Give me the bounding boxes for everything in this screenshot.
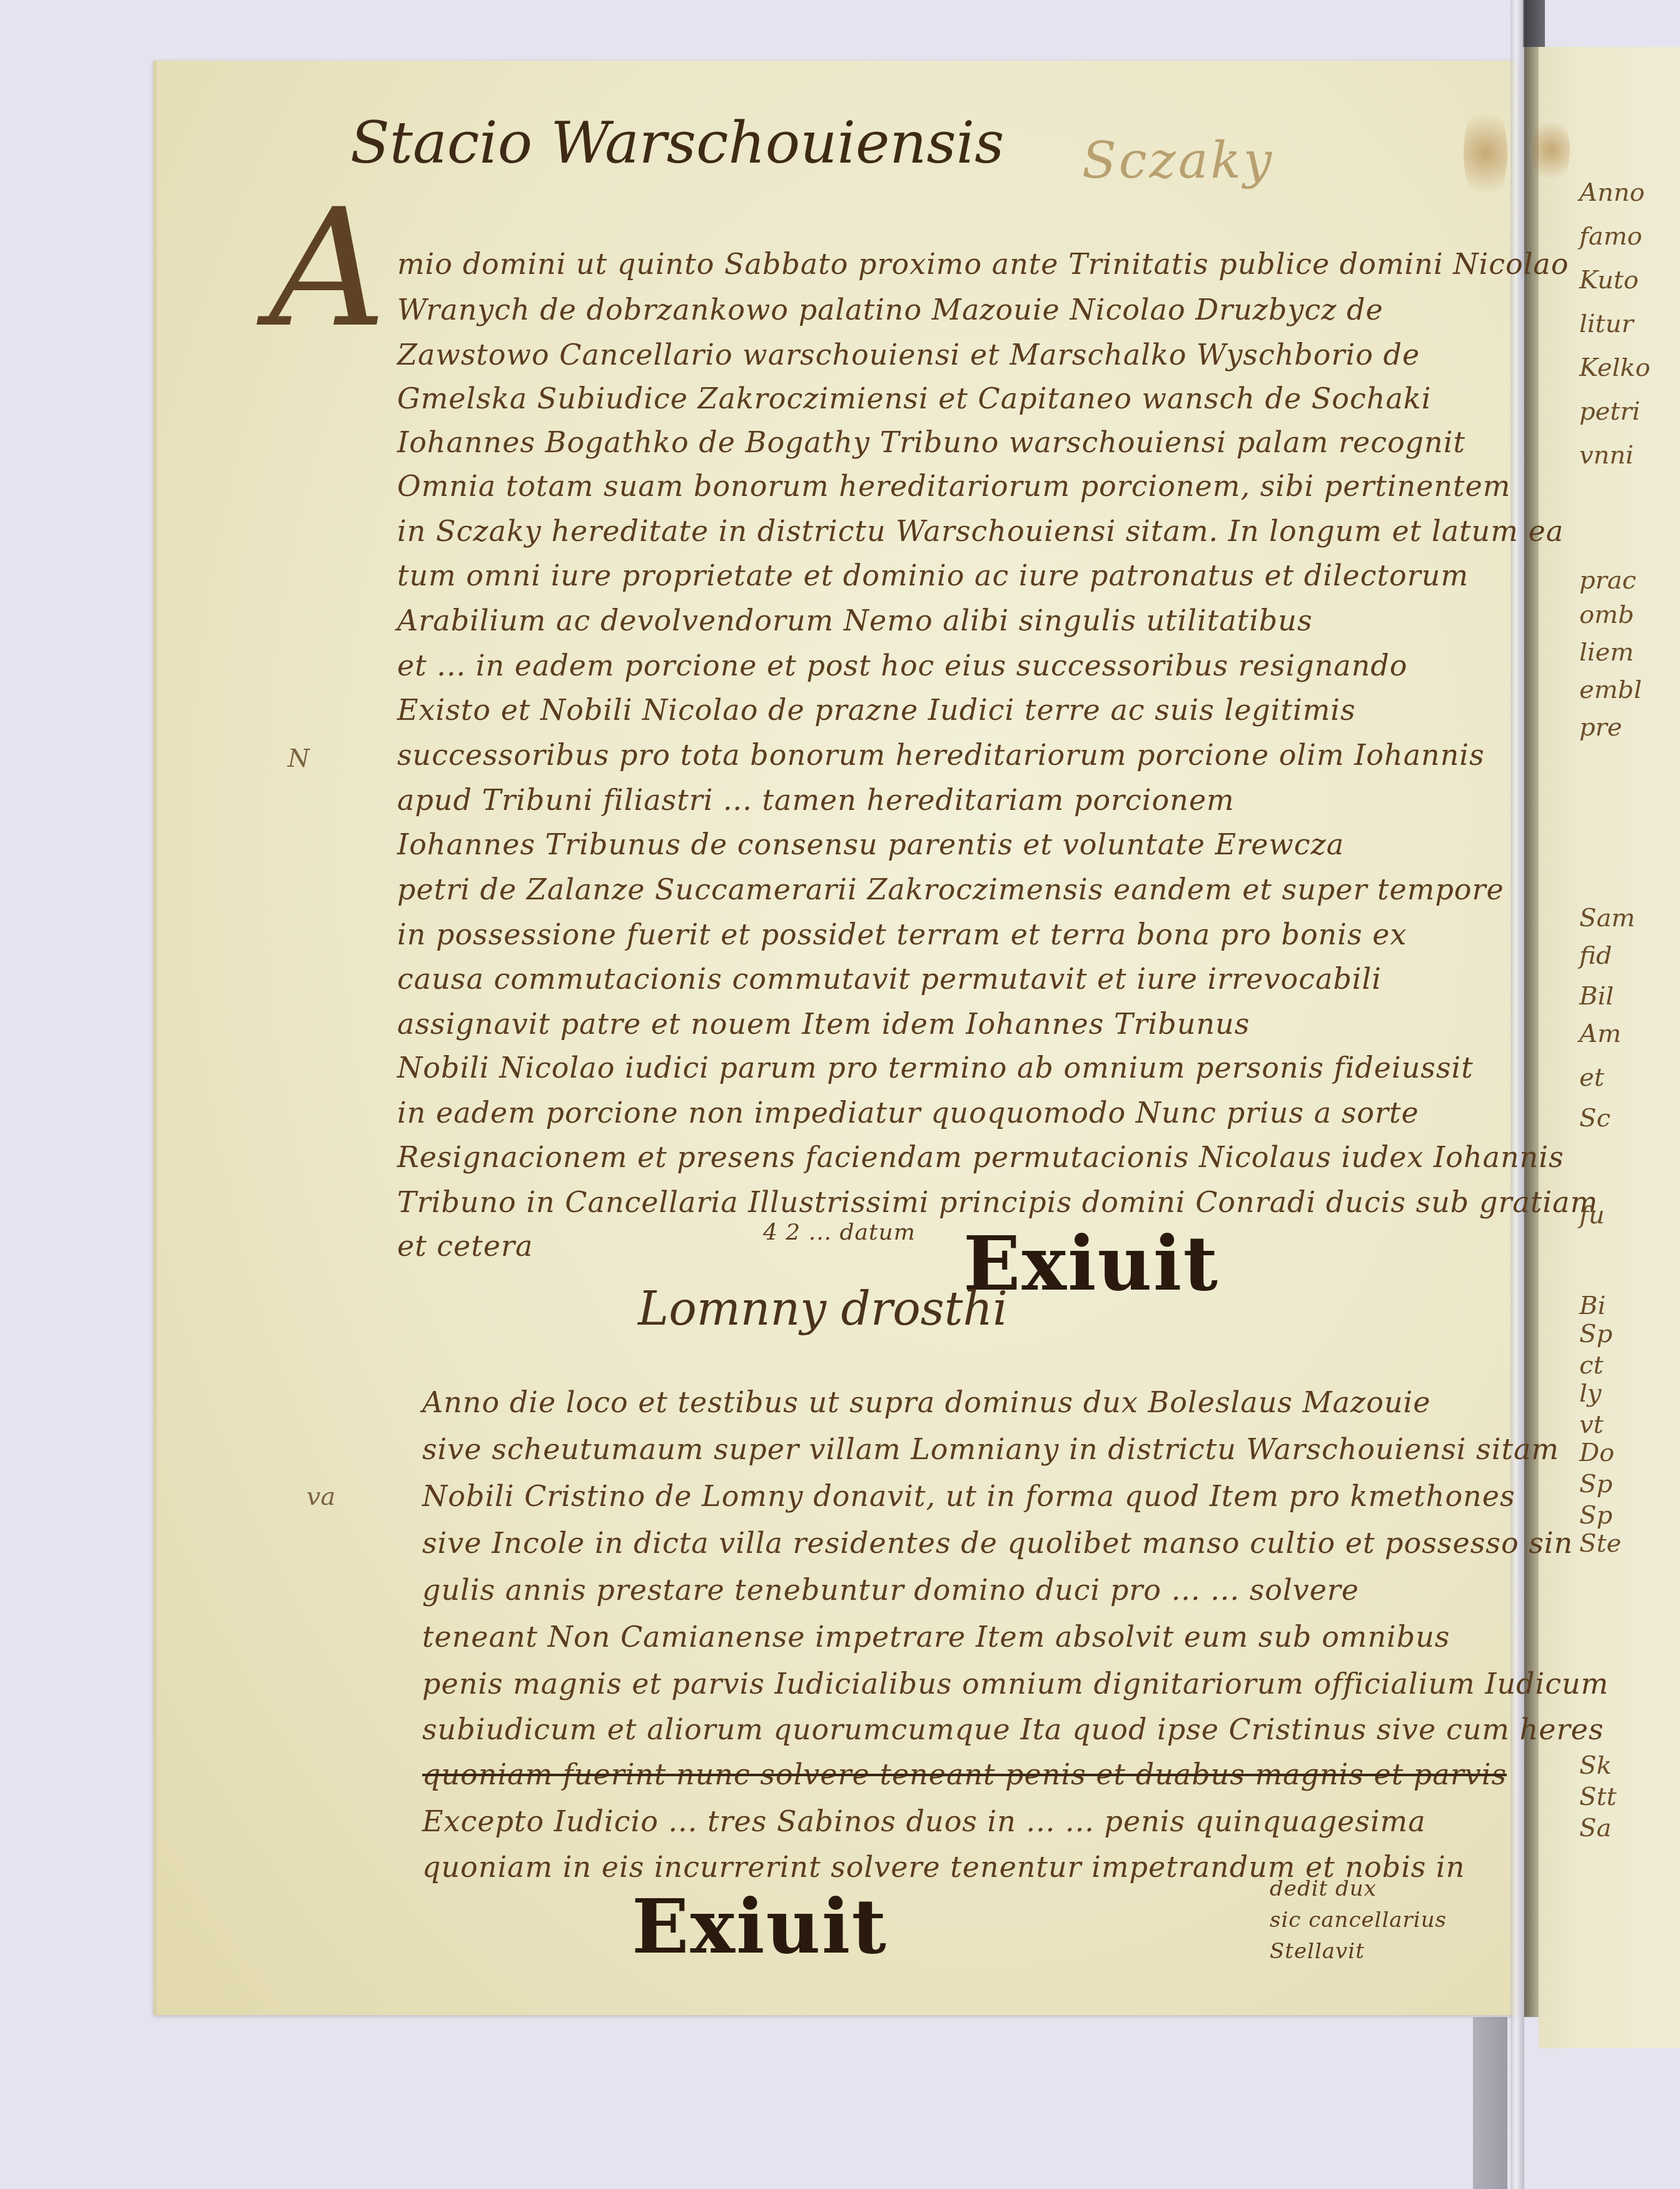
facing-line: Bi [1579,1292,1606,1320]
page-title: Stacio Warschouiensis [350,109,1004,176]
facing-line: Kelko [1579,353,1651,382]
facing-line: pre [1579,713,1622,742]
text-line: in eadem porcione non impediatur quoquom… [397,1096,1419,1130]
text-line: Omnia totam suam bonorum hereditariorum … [397,469,1510,503]
text-line: Tribuno in Cancellaria Illustrissimi pri… [397,1185,1598,1219]
facing-line: famo [1579,222,1642,251]
text-line: causa commutacionis commutavit permutavi… [397,962,1382,996]
text-line: Zawstowo Cancellario warschouiensi et Ma… [397,338,1420,372]
text-line: Wranych de dobrzankowo palatino Mazouie … [397,293,1384,326]
facing-line: prac [1579,566,1636,595]
text-line: in possessione fuerit et possidet terram… [397,918,1407,951]
text-line: sive scheutumaum super villam Lomniany i… [422,1432,1559,1466]
text-line-struck: quoniam fuerint nunc solvere teneant pen… [422,1757,1507,1791]
annotation-below: 4 2 ... datum [763,1220,916,1245]
text-line: sive Incole in dicta villa residentes de… [422,1526,1573,1560]
text-line: subiudicum et aliorum quorumcumque Ita q… [422,1712,1604,1746]
text-line: assignavit patre et nouem Item idem Ioha… [397,1007,1250,1041]
margin-note: N [288,744,310,773]
text-line: successoribus pro tota bonorum hereditar… [397,738,1485,772]
facing-line: et [1579,1063,1604,1092]
decorative-initial: A [269,188,387,350]
text-line: mio domini ut quinto Sabbato proximo ant… [397,247,1569,281]
facing-line: Kuto [1579,266,1639,295]
signature-line: Stellavit [1270,1939,1365,1964]
text-line: Resignacionem et presens faciendam permu… [397,1140,1564,1174]
facing-line: ct [1579,1351,1603,1380]
facing-line: fu [1579,1201,1605,1230]
text-line: et ... in eadem porcione et post hoc eiu… [397,649,1407,682]
text-line: Existo et Nobili Nicolao de prazne Iudic… [397,693,1356,727]
signature-line: sic cancellarius [1270,1908,1447,1933]
stain [1464,100,1507,206]
text-line: Excepto Iudicio ... tres Sabinos duos in… [422,1804,1426,1838]
text-line: penis magnis et parvis Iudicialibus omni… [422,1667,1609,1701]
text-line: teneant Non Camianense impetrare Item ab… [422,1620,1450,1654]
text-line: Gmelska Subiudice Zakroczimiensi et Capi… [397,382,1431,415]
text-line: Arabilium ac devolvendorum Nemo alibi si… [397,604,1313,637]
facing-line: Bil [1579,982,1614,1011]
stain [1532,113,1570,188]
text-line: apud Tribuni filiastri ... tamen heredit… [397,783,1235,817]
marginal-heading: Sczaky [1082,131,1274,190]
facing-line: embl [1579,675,1642,704]
text-line: Nobili Nicolao iudici parum pro termino … [397,1051,1474,1084]
text-line: gulis annis prestare tenebuntur domino d… [422,1573,1359,1607]
facing-line: Ste [1579,1529,1621,1558]
facing-line: Sp [1579,1501,1612,1530]
text-line: in Sczaky hereditate in districtu Warsch… [397,514,1564,548]
facing-line: Sk [1579,1751,1612,1780]
text-line: Iohannes Tribunus de consensu parentis e… [397,827,1344,861]
glass-rod [1510,0,1524,2189]
text-line: Anno die loco et testibus ut supra domin… [422,1385,1431,1419]
margin-note: va [306,1482,335,1511]
facing-line: Am [1579,1019,1621,1048]
facing-line: vt [1579,1410,1604,1439]
text-line: petri de Zalanze Succamerarii Zakroczime… [397,872,1504,906]
binding-clip-top [1523,0,1545,47]
binding-clip-bottom [1473,2017,1507,2189]
facing-line: Sp [1579,1320,1612,1348]
text-line: Nobili Cristino de Lomny donavit, ut in … [422,1479,1516,1513]
signature-line: dedit dux [1270,1876,1377,1901]
facing-line: Do [1579,1438,1614,1467]
facing-line: Sa [1579,1814,1611,1843]
facing-line: Sam [1579,904,1635,933]
facing-line: vnni [1579,441,1634,470]
facing-line: litur [1579,310,1634,338]
facing-line: omb [1579,600,1634,629]
text-line: tum omni iure proprietate et dominio ac … [397,559,1469,592]
exiuit-stamp: Exiuit [632,1883,888,1971]
facing-line: Stt [1579,1782,1617,1811]
section-heading: Lomnny drosthi [638,1282,1008,1336]
facing-line: Anno [1579,178,1645,207]
facing-line: petri [1579,397,1640,426]
text-line: Iohannes Bogathko de Bogathy Tribuno war… [397,425,1465,459]
facing-line: ly [1579,1379,1601,1408]
facing-line: Sp [1579,1470,1612,1499]
facing-line: liem [1579,638,1634,667]
facing-line: fid [1579,941,1612,970]
facing-line: Sc [1579,1104,1611,1133]
text-line: et cetera [397,1229,533,1263]
